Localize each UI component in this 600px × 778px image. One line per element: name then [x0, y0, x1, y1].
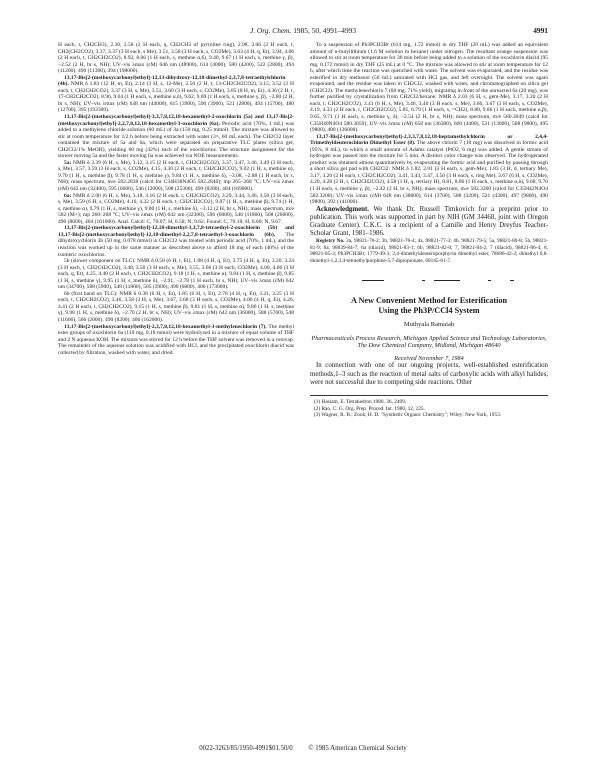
article-code: 0022-3263/85/1950-4991$01.50/0	[199, 745, 292, 752]
journal-volume-pages: 1985, 50, 4991–4993	[293, 26, 356, 35]
page-footer: 0022-3263/85/1950-4991$01.50/0 © 1985 Am…	[58, 745, 548, 752]
running-head: J. Org. Chem. 1985, 50, 4991–4993 4991	[58, 26, 548, 38]
footnote-rule	[310, 395, 548, 396]
footnote-3: (3) Wagner, R. B.; Zook, H. D. "Syntheti…	[310, 412, 548, 418]
acknowledgment-label: Acknowledgment.	[316, 206, 369, 213]
footnotes: (1) Haslam, E. Tetrahedron 1980, 36, 240…	[310, 399, 548, 418]
article-separator	[310, 272, 548, 290]
compound-7-title: 13,17-Bis[2-(methoxycarbonyl)ethyl]-2,3,…	[64, 324, 267, 330]
compound-6a-label: 6a:	[64, 193, 71, 199]
continued-data-paragraph: H each, t, CH2CH3), 2.30, 2.58 (2 H each…	[58, 42, 294, 75]
compound-5b-data-paragraph: 5b (slower component on TLC): NMR δ 0.58…	[58, 258, 294, 291]
left-column: H each, t, CH2CH3), 2.30, 2.58 (2 H each…	[58, 42, 294, 356]
article-title-line-1: A New Convenient Method for Esterificati…	[310, 296, 548, 306]
compound-8-paragraph: 13,17-Bis[2-(methoxycarbonyl)ethyl]-2,3,…	[310, 134, 548, 206]
compound-6b-label: 6b (first band on TLC):	[64, 291, 118, 297]
compound-5a-data-paragraph: 5a: NMR δ 3.39 (6 H, s, Me), 3.12, 3.15 …	[58, 160, 294, 193]
wittig-procedure-paragraph: To a suspension of Ph3PCH3Br (614 mg, 1.…	[310, 42, 548, 134]
copyright: © 1985 American Chemical Society	[308, 745, 406, 752]
page-number: 4991	[533, 26, 548, 35]
compound-6a-data: NMR δ 2.00 (6 H, s, Me), 3.18, 3.16 (2 H…	[58, 193, 294, 225]
compound-5a-label: 5a:	[64, 160, 71, 166]
registry-numbers: Registry No. 3a, 98821-76-2; 3b, 98821-7…	[310, 238, 548, 264]
compound-5a-6a-paragraph: 13,17-Bis[2-(methoxycarbonyl)ethyl]-3,3,…	[58, 114, 294, 160]
compound-7-paragraph: 13,17-Bis[2-(methoxycarbonyl)ethyl]-2,3,…	[58, 324, 294, 357]
journal-name: J. Org. Chem.	[250, 26, 291, 35]
registry-label: Registry No.	[316, 238, 344, 244]
compound-6a-data-paragraph: 6a: NMR δ 2.00 (6 H, s, Me), 3.18, 3.16 …	[58, 193, 294, 226]
compound-5a-6a-body: Periodic acid (70%, 1 mL) was added to a…	[58, 121, 294, 160]
compound-4b-body: NMR δ 1.83 (12 H, m, Et), 2.14 (3 H, s, …	[58, 81, 294, 113]
registry-text: 3a, 98821-76-2; 3b, 98821-78-4; 4a, 9882…	[310, 238, 548, 264]
compound-5b-label: 5b (slower component on TLC):	[64, 258, 136, 264]
right-column: To a suspension of Ph3PCH3Br (614 mg, 1.…	[310, 42, 548, 418]
compound-5b-6b-title: 13,17-Bis[2-(methoxycarbonyl)ethyl]-12,1…	[58, 225, 294, 238]
compound-4b-paragraph: 13,17-Bis[2-(methoxycarbonyl)ethyl]-12,1…	[58, 75, 294, 114]
article-author: Muthyala Ramaiah	[310, 322, 548, 329]
article-intro-paragraph: In connection with one of our ongoing pr…	[310, 362, 548, 387]
article-title-line-2: Using the Ph3P/CCl4 System	[310, 306, 548, 316]
article-affiliation: Pharmaceuticals Process Research, Michig…	[310, 335, 548, 350]
compound-5b-6b-paragraph: 13,17-Bis[2-(methoxycarbonyl)ethyl]-12,1…	[58, 225, 294, 258]
compound-8-body: The above chlorin 7 (10 mg) was dissolve…	[310, 140, 548, 205]
acknowledgment: Acknowledgment. We thank Dr. Russell Tim…	[310, 206, 548, 239]
article-title: A New Convenient Method for Esterificati…	[310, 296, 548, 316]
compound-5a-data: NMR δ 3.39 (6 H, s, Me), 3.12, 3.15 (2 H…	[58, 160, 294, 192]
journal-citation: J. Org. Chem. 1985, 50, 4991–4993	[58, 26, 548, 35]
compound-6b-data-paragraph: 6b (first band on TLC): NMR δ 0.38 (6 H,…	[58, 291, 294, 324]
